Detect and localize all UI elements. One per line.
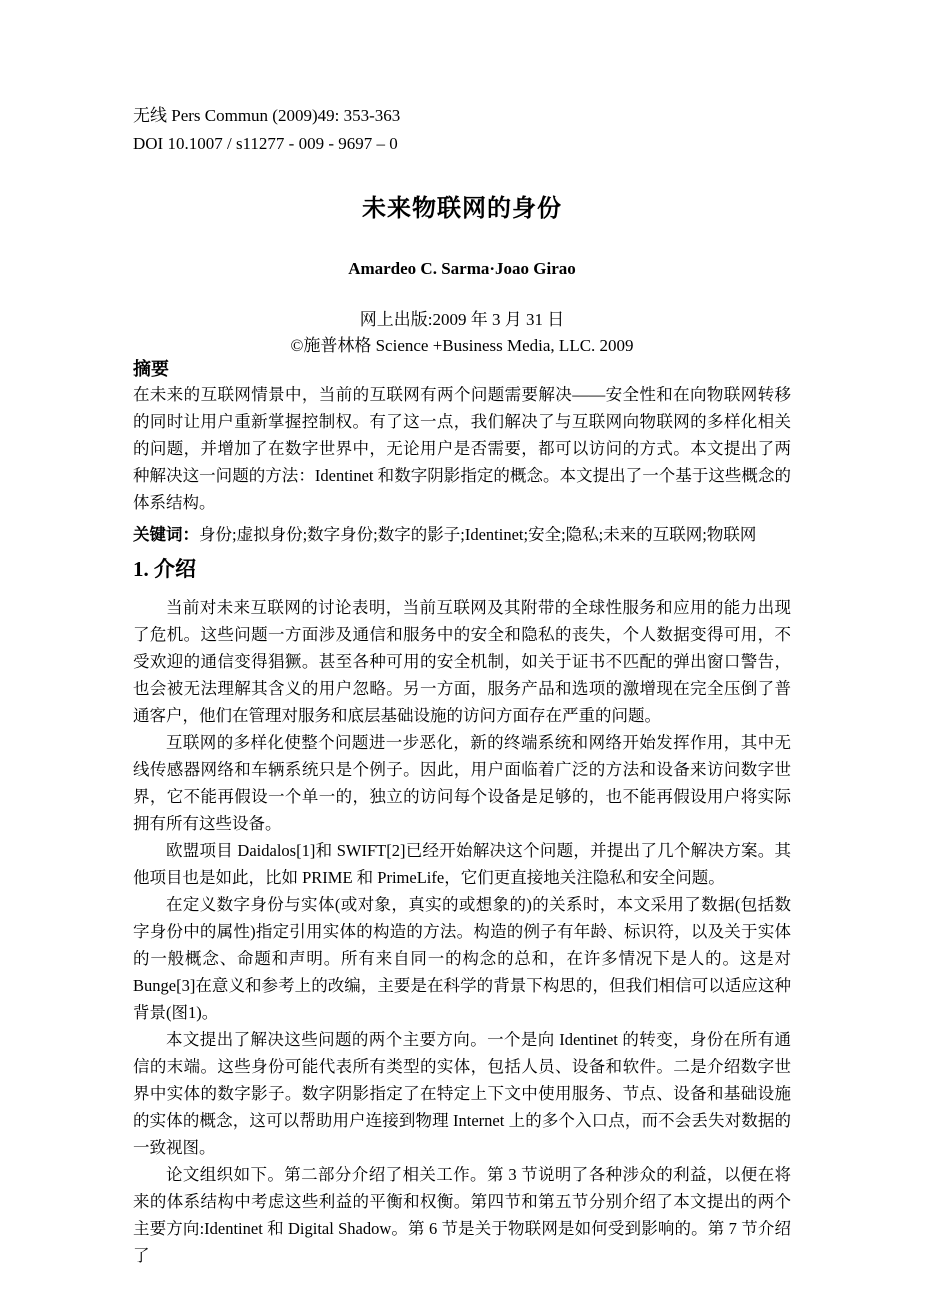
paragraph: 本文提出了解决这些问题的两个主要方向。一个是向 Identinet 的转变，身份… xyxy=(133,1026,791,1161)
paper-title: 未来物联网的身份 xyxy=(133,188,791,223)
online-publication-date: 网上出版:2009 年 3 月 31 日 xyxy=(133,305,791,330)
section-heading-introduction: 1. 介绍 xyxy=(133,553,791,583)
journal-line: 无线 Pers Commun (2009)49: 353-363 xyxy=(133,102,791,130)
introduction-body: 当前对未来互联网的讨论表明，当前互联网及其附带的全球性服务和应用的能力出现了危机… xyxy=(133,594,791,1269)
paper-page: 无线 Pers Commun (2009)49: 353-363 DOI 10.… xyxy=(0,0,926,1309)
abstract-text: 在未来的互联网情景中，当前的互联网有两个问题需要解决——安全性和在向物联网转移的… xyxy=(133,381,791,516)
paragraph: 在定义数字身份与实体(或对象，真实的或想象的)的关系时，本文采用了数据(包括数字… xyxy=(133,891,791,1026)
keywords-text: 身份;虚拟身份;数字身份;数字的影子;Identinet;安全;隐私;未来的互联… xyxy=(199,525,756,544)
paragraph: 当前对未来互联网的讨论表明，当前互联网及其附带的全球性服务和应用的能力出现了危机… xyxy=(133,594,791,729)
abstract-heading: 摘要 xyxy=(133,355,791,381)
paragraph: 欧盟项目 Daidalos[1]和 SWIFT[2]已经开始解决这个问题，并提出… xyxy=(133,837,791,891)
keywords-label: 关键词： xyxy=(133,525,199,544)
authors-line: Amardeo C. Sarma·Joao Girao xyxy=(133,259,791,279)
paragraph: 互联网的多样化使整个问题进一步恶化，新的终端系统和网络开始发挥作用，其中无线传感… xyxy=(133,729,791,837)
copyright-line: ©施普林格 Science +Business Media, LLC. 2009 xyxy=(133,331,791,356)
keywords-line: 关键词：身份;虚拟身份;数字身份;数字的影子;Identinet;安全;隐私;未… xyxy=(133,521,791,548)
journal-header: 无线 Pers Commun (2009)49: 353-363 DOI 10.… xyxy=(133,102,791,158)
doi-line: DOI 10.1007 / s11277 - 009 - 9697 – 0 xyxy=(133,130,791,158)
paragraph: 论文组织如下。第二部分介绍了相关工作。第 3 节说明了各种涉众的利益，以便在将来… xyxy=(133,1161,791,1269)
